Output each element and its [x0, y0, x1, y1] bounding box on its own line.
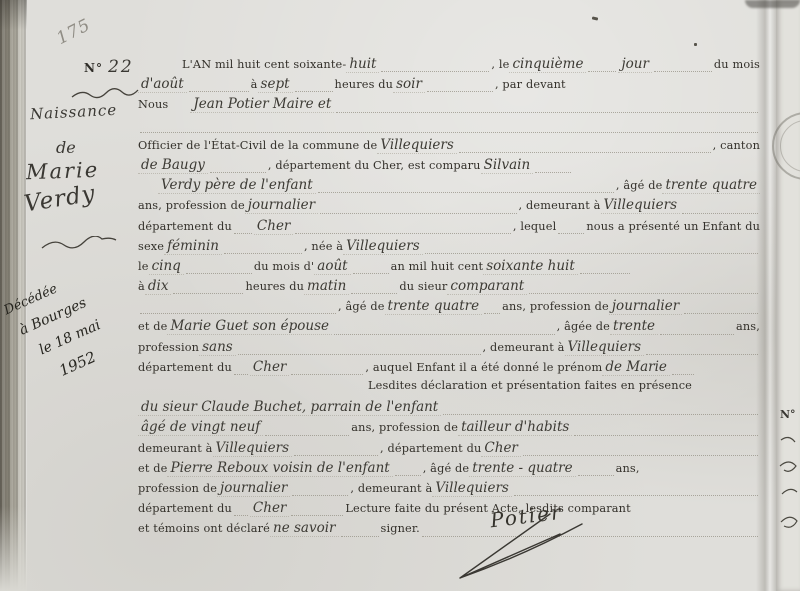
document-line: du sieur Claude Buchet, parrain de l'enf…: [138, 399, 760, 419]
printed-text: département du: [138, 220, 232, 233]
document-line: NousJean Potier Maire et: [138, 96, 760, 116]
printed-text: signer.: [381, 522, 420, 535]
ruled-fill: [646, 353, 758, 355]
ruled-fill: [529, 292, 758, 294]
ruled-fill: [353, 272, 389, 274]
printed-text: le: [138, 260, 149, 273]
handwritten-text: matin: [304, 278, 349, 295]
margin-flourish: [40, 236, 118, 254]
printed-text: heures du: [245, 280, 304, 293]
ruled-fill: [234, 373, 248, 375]
handwritten-text: d'août: [138, 76, 187, 93]
handwritten-text: Verdy père de l'enfant: [158, 177, 316, 194]
printed-text: L'AN mil huit cent soixante-: [182, 58, 346, 71]
printed-text: et témoins ont déclaré: [138, 522, 270, 535]
handwritten-text: août: [314, 258, 350, 275]
document-lines: L'AN mil huit cent soixante-huit, lecinq…: [138, 56, 760, 541]
printed-text: , née à: [304, 240, 343, 253]
document-line: de Baugy, département du Cher, est compa…: [138, 157, 760, 177]
printed-text: heures du: [335, 78, 394, 91]
ruled-fill: [292, 494, 348, 496]
paper-speck: [592, 16, 598, 20]
ruled-fill: [523, 454, 758, 456]
handwritten-text: sans: [199, 339, 236, 356]
document-line: et dePierre Reboux voisin de l'enfant, â…: [138, 460, 760, 480]
printed-text: , département du Cher, est comparu: [268, 159, 481, 172]
handwritten-text: Cher: [250, 500, 289, 517]
printed-text: du sieur: [399, 280, 447, 293]
document-line: Officier de l'État-Civil de la commune d…: [138, 137, 760, 157]
ruled-fill: [210, 171, 266, 173]
handwritten-text: cinq: [149, 258, 184, 275]
handwritten-text: comparant: [447, 278, 527, 295]
ruled-fill: [170, 112, 188, 113]
ruled-fill: [320, 212, 516, 214]
ruled-fill: [224, 252, 302, 254]
printed-text: profession: [138, 341, 199, 354]
ruled-fill: [580, 272, 630, 274]
ruled-fill: [295, 90, 333, 92]
handwritten-text: ne savoir: [270, 520, 338, 537]
document-line: , âgé detrente quatreans, profession dej…: [138, 298, 760, 318]
ruled-fill: [484, 312, 500, 314]
handwritten-text: journalier: [609, 298, 682, 315]
registry-scan: 175 N° 22 Naissance de Marie Verdy Décéd…: [0, 0, 800, 591]
printed-text: , demeurant à: [350, 482, 432, 495]
ruled-fill: [140, 394, 366, 395]
handwritten-text: trente quatre: [662, 177, 760, 194]
ruled-fill: [588, 70, 616, 72]
printed-text: et de: [138, 320, 167, 333]
handwriting-fragment: [778, 432, 800, 552]
document-line: professionsans, demeurant àVillequiers: [138, 339, 760, 359]
handwritten-text: cinquième: [509, 56, 586, 73]
ruled-fill: [238, 353, 481, 355]
handwritten-text: Villequiers: [213, 440, 292, 457]
printed-text: nous a présenté un Enfant du: [586, 220, 760, 233]
ruled-fill: [672, 373, 694, 375]
ruled-fill: [318, 191, 614, 193]
ruled-fill: [336, 111, 758, 113]
document-line: Lesdites déclaration et présentation fai…: [138, 379, 760, 399]
document-line: département duCher, auquel Enfant il a é…: [138, 359, 760, 379]
ruled-fill: [334, 333, 555, 335]
printed-text: Nous: [138, 98, 168, 111]
margin-title-verdy: Verdy: [22, 181, 97, 218]
handwritten-text: journalier: [217, 480, 290, 497]
printed-text: , canton: [713, 139, 760, 152]
ruled-fill: [140, 192, 156, 193]
document-line: L'AN mil huit cent soixante-huit, lecinq…: [138, 56, 760, 76]
ruled-fill: [140, 131, 758, 133]
ruled-fill: [574, 434, 758, 436]
document-line: département duCher, lequelnous a présent…: [138, 218, 760, 238]
document-line: et deMarie Guet son épouse, âgée detrent…: [138, 318, 760, 338]
document-line: demeurant àVillequiers, département duCh…: [138, 440, 760, 460]
handwritten-text: Pierre Reboux voisin de l'enfant: [167, 460, 392, 477]
handwritten-text: trente: [610, 318, 658, 335]
record-number-prefix: N°: [84, 61, 103, 75]
ruled-fill: [535, 171, 571, 173]
printed-text: Lesdites déclaration et présentation fai…: [368, 379, 692, 392]
record-number-value: 22: [108, 57, 134, 77]
handwritten-text: Villequiers: [432, 480, 511, 497]
ruled-fill: [189, 90, 249, 92]
ruled-fill: [682, 212, 758, 214]
record-number: N° 22: [84, 57, 134, 77]
printed-text: an mil huit cent: [391, 260, 484, 273]
handwritten-text: soir: [393, 76, 425, 93]
ruled-fill: [660, 333, 734, 335]
ruled-fill: [234, 232, 252, 234]
printed-text: , le: [491, 58, 509, 71]
ruled-fill: [186, 272, 252, 274]
handwritten-text: Villequiers: [377, 137, 456, 154]
printed-text: du mois d': [254, 260, 314, 273]
document-line: àdixheures dumatindu sieurcomparant: [138, 278, 760, 298]
document-line: lecinqdu mois d'aoûtan mil huit centsoix…: [138, 258, 760, 278]
printed-text: à: [251, 78, 258, 91]
document-line: d'aoûtàseptheures dusoir, par devant: [138, 76, 760, 96]
ruled-fill: [351, 292, 397, 294]
document-line: âgé de vingt neufans, profession detaill…: [138, 419, 760, 439]
printed-text: , par devant: [495, 78, 566, 91]
printed-text: ans, profession de: [138, 199, 245, 212]
handwritten-text: dix: [145, 278, 172, 295]
printed-text: ans, profession de: [351, 421, 458, 434]
handwritten-text: Marie Guet son épouse: [167, 318, 332, 335]
ruled-fill: [558, 232, 584, 234]
document-line: sexeféminin, née àVillequiers: [138, 238, 760, 258]
printed-text: département du: [138, 361, 232, 374]
handwritten-text: âgé de vingt neuf: [138, 419, 263, 436]
margin-title-de: de: [56, 138, 76, 157]
printed-text: , demeurant à: [519, 199, 601, 212]
printed-text: , lequel: [513, 220, 557, 233]
ink-smudge: [745, 0, 800, 8]
page-crease: [756, 0, 776, 591]
ruled-fill: [684, 312, 758, 314]
ruled-fill: [395, 474, 421, 476]
printed-text: profession de: [138, 482, 217, 495]
ruled-fill: [341, 535, 379, 537]
ruled-fill: [173, 292, 243, 294]
handwritten-text: soixante huit: [483, 258, 578, 275]
printed-text: , département du: [380, 442, 481, 455]
pencil-page-number: 175: [53, 15, 94, 49]
printed-text: département du: [138, 502, 232, 515]
margin-title-naissance: Naissance: [30, 101, 118, 124]
margin-flourish: [70, 88, 140, 102]
handwritten-text: du sieur Claude Buchet, parrain de l'enf…: [138, 399, 441, 416]
ruled-fill: [234, 514, 248, 516]
document-line: ans, profession dejournalier, demeurant …: [138, 197, 760, 217]
handwritten-text: féminin: [164, 238, 222, 255]
handwritten-text: Cher: [481, 440, 520, 457]
printed-text: et de: [138, 462, 167, 475]
ruled-fill: [265, 434, 349, 436]
next-record-number: N°: [780, 408, 796, 421]
mayor-signature: Potier: [432, 496, 607, 586]
ruled-fill: [578, 474, 614, 476]
handwritten-text: sept: [258, 76, 293, 93]
ruled-fill: [291, 514, 343, 516]
paper-speck: [694, 43, 697, 46]
ruled-fill: [459, 151, 711, 153]
ruled-fill: [294, 454, 378, 456]
handwritten-text: trente - quatre: [469, 460, 575, 477]
printed-text: ans,: [616, 462, 640, 475]
printed-text: , demeurant à: [483, 341, 565, 354]
ruled-fill: [140, 312, 336, 314]
ruled-fill: [654, 70, 712, 72]
ruled-fill: [427, 90, 493, 92]
printed-text: demeurant à: [138, 442, 213, 455]
ruled-fill: [291, 373, 363, 375]
ruled-fill: [381, 70, 489, 72]
printed-text: , âgé de: [616, 179, 663, 192]
printed-text: , auquel Enfant il a été donné le prénom: [365, 361, 602, 374]
ruled-fill: [295, 232, 510, 234]
handwritten-text: trente quatre: [385, 298, 483, 315]
handwritten-text: Villequiers: [343, 238, 422, 255]
document-line: [138, 117, 760, 137]
handwritten-text: Cher: [250, 359, 289, 376]
printed-text: , âgée de: [557, 320, 610, 333]
printed-text: , âgé de: [338, 300, 385, 313]
handwritten-text: journalier: [245, 197, 318, 214]
printed-text: , âgé de: [423, 462, 470, 475]
handwritten-text: Villequiers: [601, 197, 680, 214]
printed-text: Officier de l'État-Civil de la commune d…: [138, 139, 377, 152]
handwritten-text: de Baugy: [138, 157, 208, 174]
ruled-fill: [443, 413, 758, 415]
printed-text: sexe: [138, 240, 164, 253]
printed-text: ans, profession de: [502, 300, 609, 313]
ruled-fill: [140, 71, 180, 72]
handwritten-text: Cher: [254, 218, 293, 235]
handwritten-text: Silvain: [481, 157, 534, 174]
printed-text: à: [138, 280, 145, 293]
handwritten-text: tailleur d'habits: [458, 419, 572, 436]
handwritten-text: de Marie: [602, 359, 670, 376]
handwritten-text: huit: [346, 56, 379, 73]
document-line: Verdy père de l'enfant, âgé detrente qua…: [138, 177, 760, 197]
printed-text: du mois: [714, 58, 760, 71]
handwritten-text: Villequiers: [565, 339, 644, 356]
ruled-fill: [425, 252, 758, 254]
handwritten-text: jour: [618, 56, 651, 73]
handwritten-text: Jean Potier Maire et: [190, 96, 334, 113]
